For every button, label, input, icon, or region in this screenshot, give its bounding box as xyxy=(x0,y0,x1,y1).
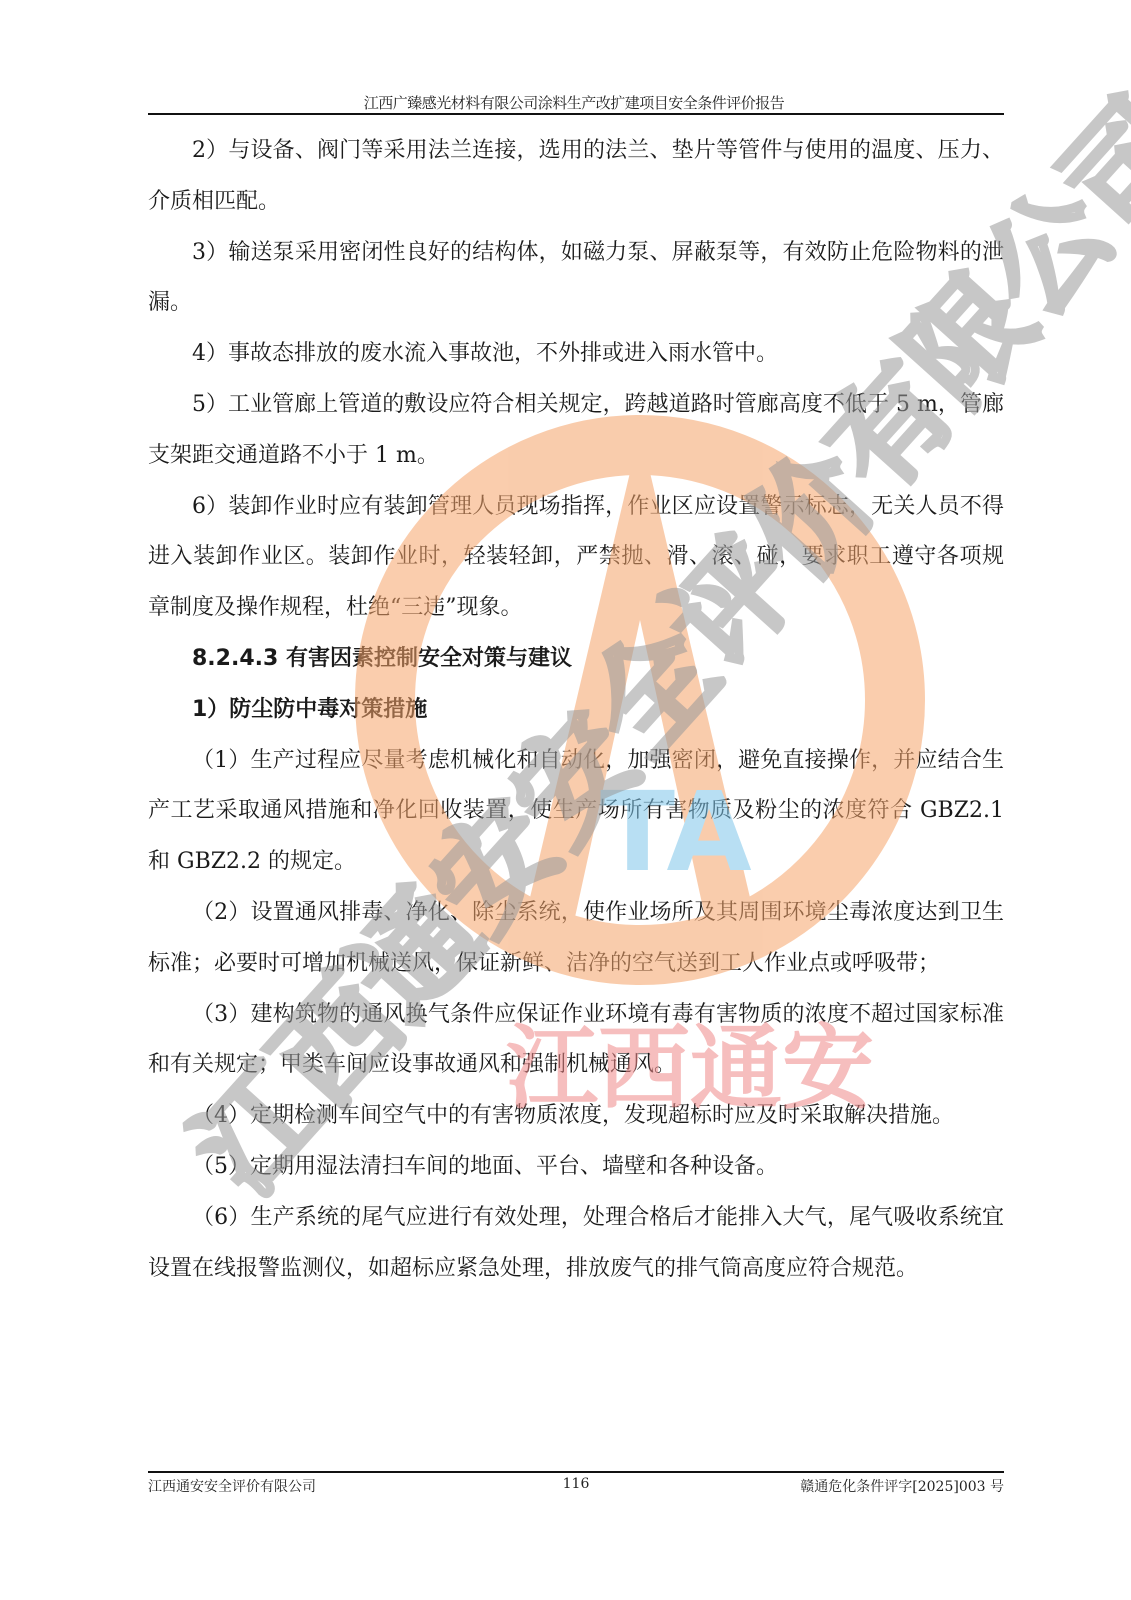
document-page: 江西广臻感光材料有限公司涂料生产改扩建项目安全条件评价报告 2）与设备、阀门等采… xyxy=(0,0,1131,1600)
paragraph-item-5: 5）工业管廊上管道的敷设应符合相关规定，跨越道路时管廊高度不低于 5 m，管廊支… xyxy=(148,380,1004,482)
document-number: 赣通危化条件评字[2025]003 号 xyxy=(800,1476,1004,1496)
paragraph-item-2: 2）与设备、阀门等采用法兰连接，选用的法兰、垫片等管件与使用的温度、压力、介质相… xyxy=(148,126,1004,228)
header-divider xyxy=(148,113,1004,115)
paragraph-item-6: 6）装卸作业时应有装卸管理人员现场指挥，作业区应设置警示标志，无关人员不得进入装… xyxy=(148,482,1004,634)
footer-divider xyxy=(148,1471,1004,1473)
running-header-title: 江西广臻感光材料有限公司涂料生产改扩建项目安全条件评价报告 xyxy=(148,92,1000,113)
page-footer: 江西通安安全评价有限公司 116 赣通危化条件评字[2025]003 号 xyxy=(148,1476,1004,1498)
paragraph-item-4: 4）事故态排放的废水流入事故池，不外排或进入雨水管中。 xyxy=(148,329,1004,380)
measure-item-3: （3）建构筑物的通风换气条件应保证作业环境有毒有害物质的浓度不超过国家标准和有关… xyxy=(148,990,1004,1092)
measure-item-5: （5）定期用湿法清扫车间的地面、平台、墙壁和各种设备。 xyxy=(148,1142,1004,1193)
subsection-heading: 1）防尘防中毒对策措施 xyxy=(148,685,1004,736)
measure-item-6: （6）生产系统的尾气应进行有效处理，处理合格后才能排入大气，尾气吸收系统宜设置在… xyxy=(148,1193,1004,1295)
measure-item-2: （2）设置通风排毒、净化、除尘系统，使作业场所及其周围环境尘毒浓度达到卫生标准；… xyxy=(148,888,1004,990)
measure-item-4: （4）定期检测车间空气中的有害物质浓度，发现超标时应及时采取解决措施。 xyxy=(148,1091,1004,1142)
measure-item-1: （1）生产过程应尽量考虑机械化和自动化，加强密闭，避免直接操作，并应结合生产工艺… xyxy=(148,736,1004,888)
paragraph-item-3: 3）输送泵采用密闭性良好的结构体，如磁力泵、屏蔽泵等，有效防止危险物料的泄漏。 xyxy=(148,228,1004,330)
body-content: 2）与设备、阀门等采用法兰连接，选用的法兰、垫片等管件与使用的温度、压力、介质相… xyxy=(148,126,1004,1294)
section-heading: 8.2.4.3 有害因素控制安全对策与建议 xyxy=(148,634,1004,685)
